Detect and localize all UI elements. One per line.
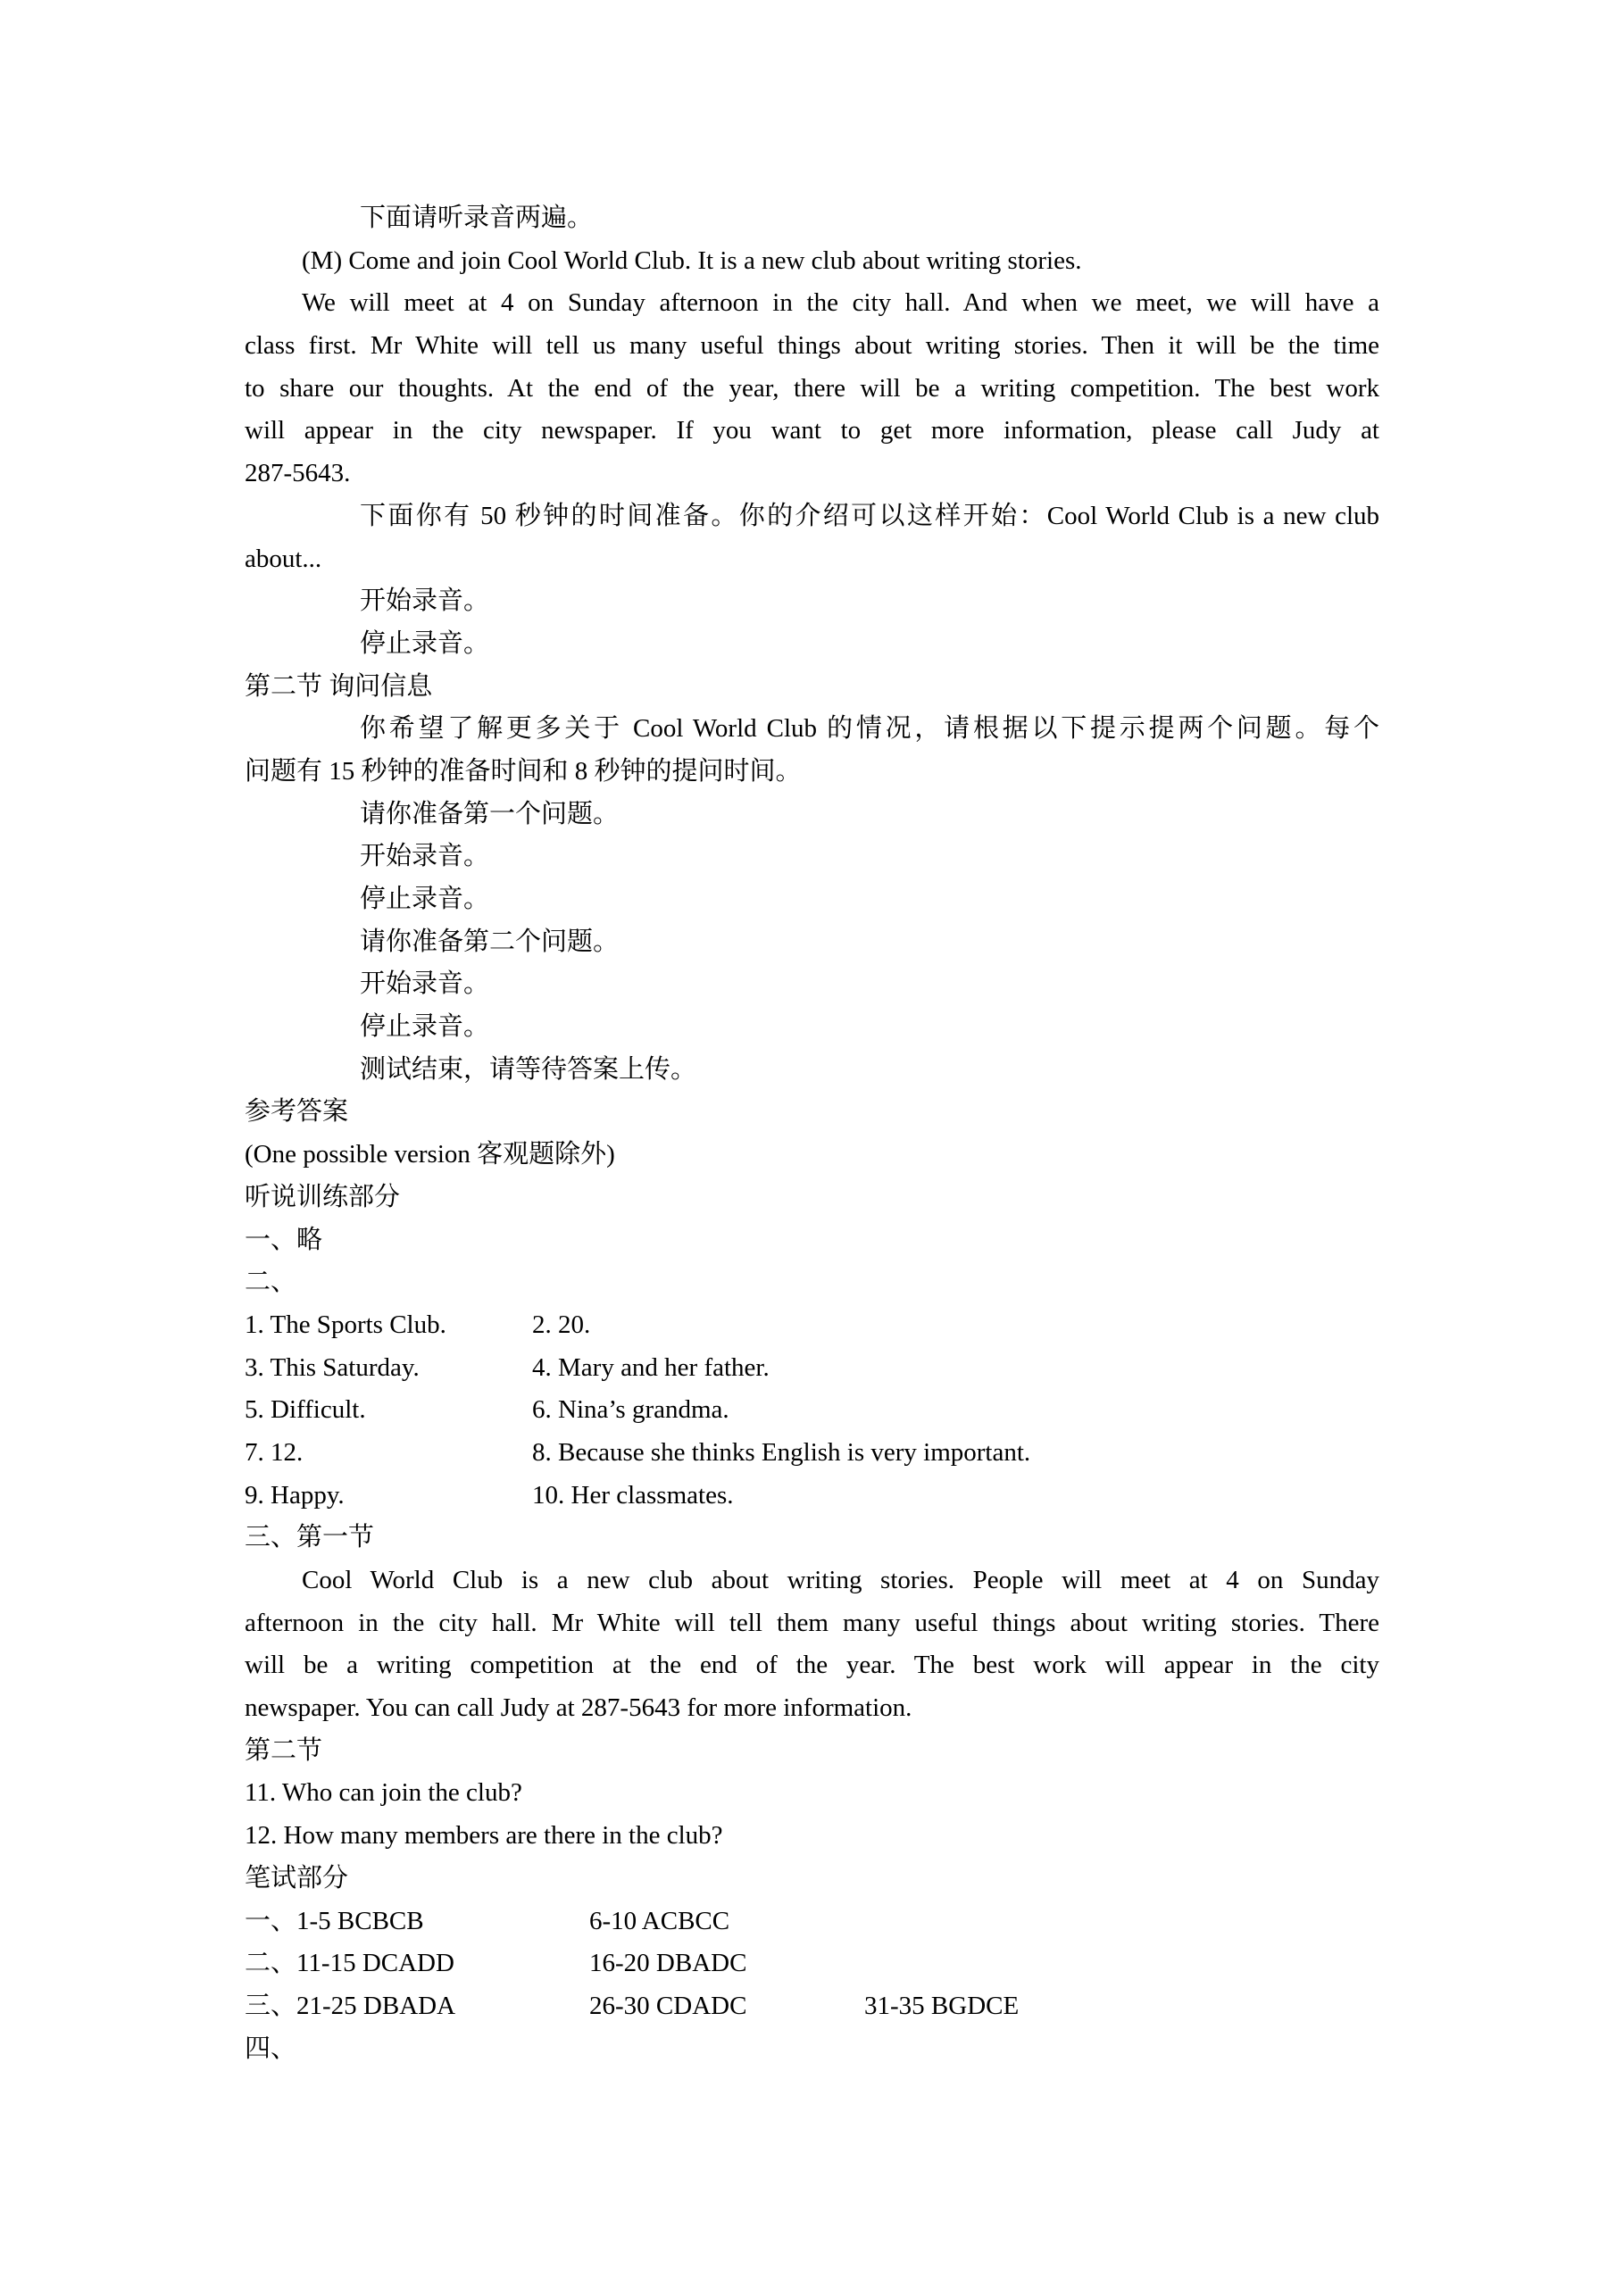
heading-part-3-section-1: 三、第一节 (245, 1517, 1379, 1560)
answers-row: 二、11-15 DCADD16-20 DBADC (245, 1942, 1379, 1985)
answer-cell: 6-10 ACBCC (589, 1901, 1379, 1943)
heading-written-part: 笔试部分 (245, 1858, 1379, 1901)
heading-listening-part: 听说训练部分 (245, 1177, 1379, 1219)
heading-reference-answers: 参考答案 (245, 1091, 1379, 1134)
line-prepare-question-2: 请你准备第二个问题。 (245, 921, 1379, 964)
line-listen-twice: 下面请听录音两遍。 (245, 197, 1379, 240)
line-prepare-question-1: 请你准备第一个问题。 (245, 794, 1379, 836)
line-part-4-label: 四、 (245, 2028, 1379, 2071)
line-prepare-50s-cont: about... (245, 538, 1379, 581)
line-part-2-label: 二、 (245, 1261, 1379, 1304)
answer-cell: 三、21-25 DBADA (245, 1985, 589, 2028)
para-monologue-line-4: will appear in the city newspaper. If yo… (245, 410, 1379, 453)
question-11: 11. Who can join the club? (245, 1772, 1379, 1815)
answer-cell: 2. 20. (532, 1304, 1379, 1347)
answer-cell: 7. 12. (245, 1432, 532, 1475)
line-prepare-50s: 下面你有 50 秒钟的时间准备。你的介绍可以这样开始：Cool World Cl… (245, 495, 1379, 538)
answers-row: 3. This Saturday.4. Mary and her father. (245, 1347, 1379, 1390)
para-model-answer-line-2: afternoon in the city hall. Mr White wil… (245, 1602, 1379, 1645)
line-stop-recording: 停止录音。 (245, 878, 1379, 921)
line-test-end-upload: 测试结束，请等待答案上传。 (245, 1049, 1379, 1092)
para-monologue-line-3: to share our thoughts. At the end of the… (245, 368, 1379, 411)
answer-cell: 二、11-15 DCADD (245, 1942, 589, 1985)
line-ask-info-instructions-1: 你希望了解更多关于 Cool World Club 的情况，请根据以下提示提两个… (245, 708, 1379, 751)
answers-row: 三、21-25 DBADA26-30 CDADC31-35 BGDCE (245, 1985, 1379, 2028)
line-monologue-intro: (M) Come and join Cool World Club. It is… (245, 240, 1379, 283)
para-monologue-line-1: We will meet at 4 on Sunday afternoon in… (245, 282, 1379, 325)
para-monologue-line-2: class first. Mr White will tell us many … (245, 325, 1379, 368)
answer-cell: 8. Because she thinks English is very im… (532, 1432, 1379, 1475)
answer-cell: 16-20 DBADC (589, 1942, 1379, 1985)
answer-cell: 3. This Saturday. (245, 1347, 532, 1390)
answer-cell: 1. The Sports Club. (245, 1304, 532, 1347)
document-content: 下面请听录音两遍。(M) Come and join Cool World Cl… (245, 197, 1379, 2070)
answer-cell: 26-30 CDADC (589, 1985, 864, 2028)
line-part-1-omitted: 一、略 (245, 1219, 1379, 1262)
heading-section-2: 第二节 (245, 1730, 1379, 1773)
line-start-recording: 开始录音。 (245, 836, 1379, 878)
line-start-recording: 开始录音。 (245, 580, 1379, 623)
line-stop-recording: 停止录音。 (245, 623, 1379, 666)
para-model-answer-line-3: will be a writing competition at the end… (245, 1644, 1379, 1687)
para-model-answer-line-1: Cool World Club is a new club about writ… (245, 1560, 1379, 1602)
answer-cell: 一、1-5 BCBCB (245, 1901, 589, 1943)
answer-cell: 9. Happy. (245, 1475, 532, 1518)
para-monologue-line-5: 287-5643. (245, 453, 1379, 495)
answer-cell: 10. Her classmates. (532, 1475, 1379, 1518)
answer-cell: 5. Difficult. (245, 1389, 532, 1432)
line-ask-info-instructions-2: 问题有 15 秒钟的准备时间和 8 秒钟的提问时间。 (245, 751, 1379, 794)
answer-cell: 4. Mary and her father. (532, 1347, 1379, 1390)
line-one-possible-version: (One possible version 客观题除外) (245, 1134, 1379, 1177)
line-start-recording: 开始录音。 (245, 963, 1379, 1006)
heading-section-2-ask-info: 第二节 询问信息 (245, 666, 1379, 709)
answers-row: 7. 12.8. Because she thinks English is v… (245, 1432, 1379, 1475)
answers-row: 一、1-5 BCBCB6-10 ACBCC (245, 1901, 1379, 1943)
answer-cell: 6. Nina’s grandma. (532, 1389, 1379, 1432)
answer-cell: 31-35 BGDCE (864, 1985, 1379, 2028)
line-stop-recording: 停止录音。 (245, 1006, 1379, 1049)
answers-row: 5. Difficult.6. Nina’s grandma. (245, 1389, 1379, 1432)
para-model-answer-line-4: newspaper. You can call Judy at 287-5643… (245, 1687, 1379, 1730)
question-12: 12. How many members are there in the cl… (245, 1815, 1379, 1858)
answers-row: 1. The Sports Club.2. 20. (245, 1304, 1379, 1347)
document-page: { "page": { "background": "#ffffff", "te… (0, 0, 1624, 2296)
answers-row: 9. Happy.10. Her classmates. (245, 1475, 1379, 1518)
